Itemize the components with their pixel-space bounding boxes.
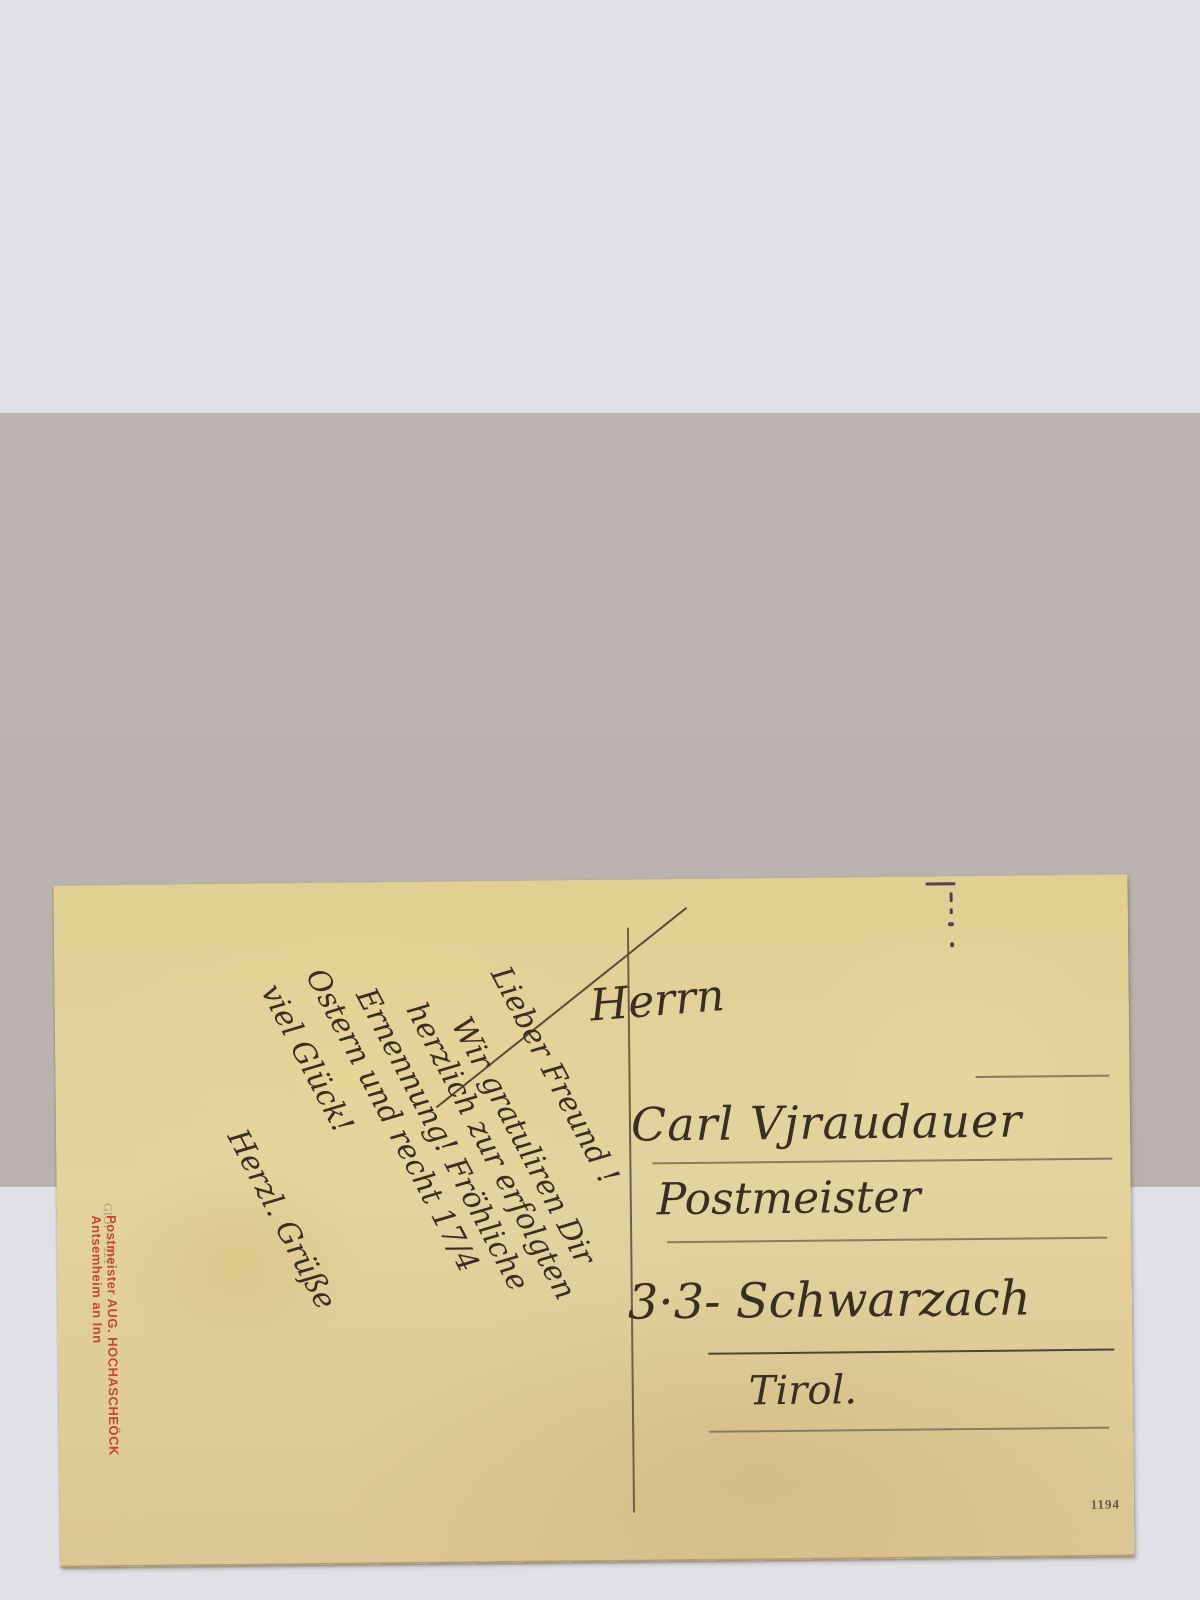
- publisher-line-2: Antsemheim an Inn: [89, 1215, 107, 1456]
- recipient-city: 3·3- Schwarzach: [628, 1270, 1031, 1330]
- publisher-line-1: Postmeister AUG. HOCHASCHEÖCK: [104, 1215, 122, 1456]
- address-line-3: [708, 1349, 1114, 1355]
- stamp-area-line: [976, 1075, 1110, 1078]
- message-line: Herzl. Grüße: [220, 1124, 343, 1316]
- address-line-4: [709, 1427, 1109, 1433]
- postcard: Herrn Carl Vjraudauer Postmeister 3·3- S…: [53, 874, 1134, 1567]
- address-line-1: [652, 1158, 1112, 1164]
- postmark-fragment: [923, 878, 964, 958]
- card-number: 1194: [1091, 1497, 1120, 1513]
- photo-backdrop: Herrn Carl Vjraudauer Postmeister 3·3- S…: [0, 413, 1200, 1187]
- recipient-region: Tirol.: [749, 1367, 858, 1414]
- recipient-title: Postmeister: [657, 1172, 921, 1226]
- address-line-2: [667, 1237, 1107, 1243]
- recipient-name: Carl Vjraudauer: [631, 1094, 1023, 1152]
- publisher-imprint: Postmeister AUG. HOCHASCHEÖCK Antsemheim…: [89, 1215, 122, 1456]
- handwritten-message: Lieber Freund ! Wir gratuliren Dir herzl…: [174, 919, 660, 1524]
